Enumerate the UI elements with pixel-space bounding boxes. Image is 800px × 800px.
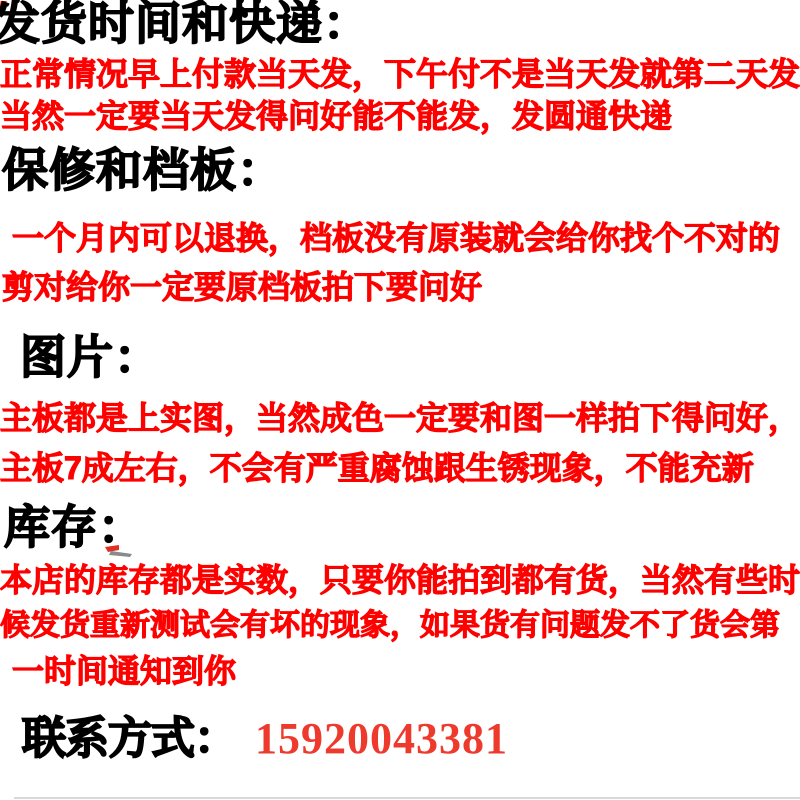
cursor-smudge-artifact <box>104 543 134 561</box>
shipping-heading: 发货时间和快递： <box>0 0 370 50</box>
contact-phone-number: 15920043381 <box>255 714 508 763</box>
notice-page: { "page": { "background": "#ffffff", "he… <box>0 0 800 800</box>
pictures-heading: 图片： <box>20 332 161 384</box>
shipping-line-1: 正常情况早上付款当天发，下午付不是当天发就第二天发 <box>0 57 800 93</box>
stock-line-3: 一时间通知到你 <box>12 654 236 690</box>
stock-line-1: 本店的库存都是实数，只要你能拍到都有货，当然有些时 <box>0 563 800 599</box>
contact-row: 联系方式： 15920043381 <box>22 714 508 763</box>
pictures-line-1: 主板都是上实图，当然成色一定要和图一样拍下得问好， <box>0 401 800 437</box>
bottom-crop-rule <box>14 797 800 799</box>
pictures-line-2: 主板7成左右，不会有严重腐蚀跟生锈现象，不能充新 <box>0 451 754 487</box>
contact-label: 联系方式： <box>22 714 237 763</box>
warranty-line-2: 剪对给你一定要原档板拍下要问好 <box>2 270 482 306</box>
warranty-line-1: 一个月内可以退换，档板没有原装就会给你找个不对的 <box>12 221 780 257</box>
shipping-line-2: 当然一定要当天发得问好能不能发，发圆通快递 <box>0 99 672 135</box>
stock-line-2: 候发货重新测试会有坏的现象，如果货有问题发不了货会第 <box>0 609 780 643</box>
warranty-heading: 保修和档板： <box>2 145 284 197</box>
